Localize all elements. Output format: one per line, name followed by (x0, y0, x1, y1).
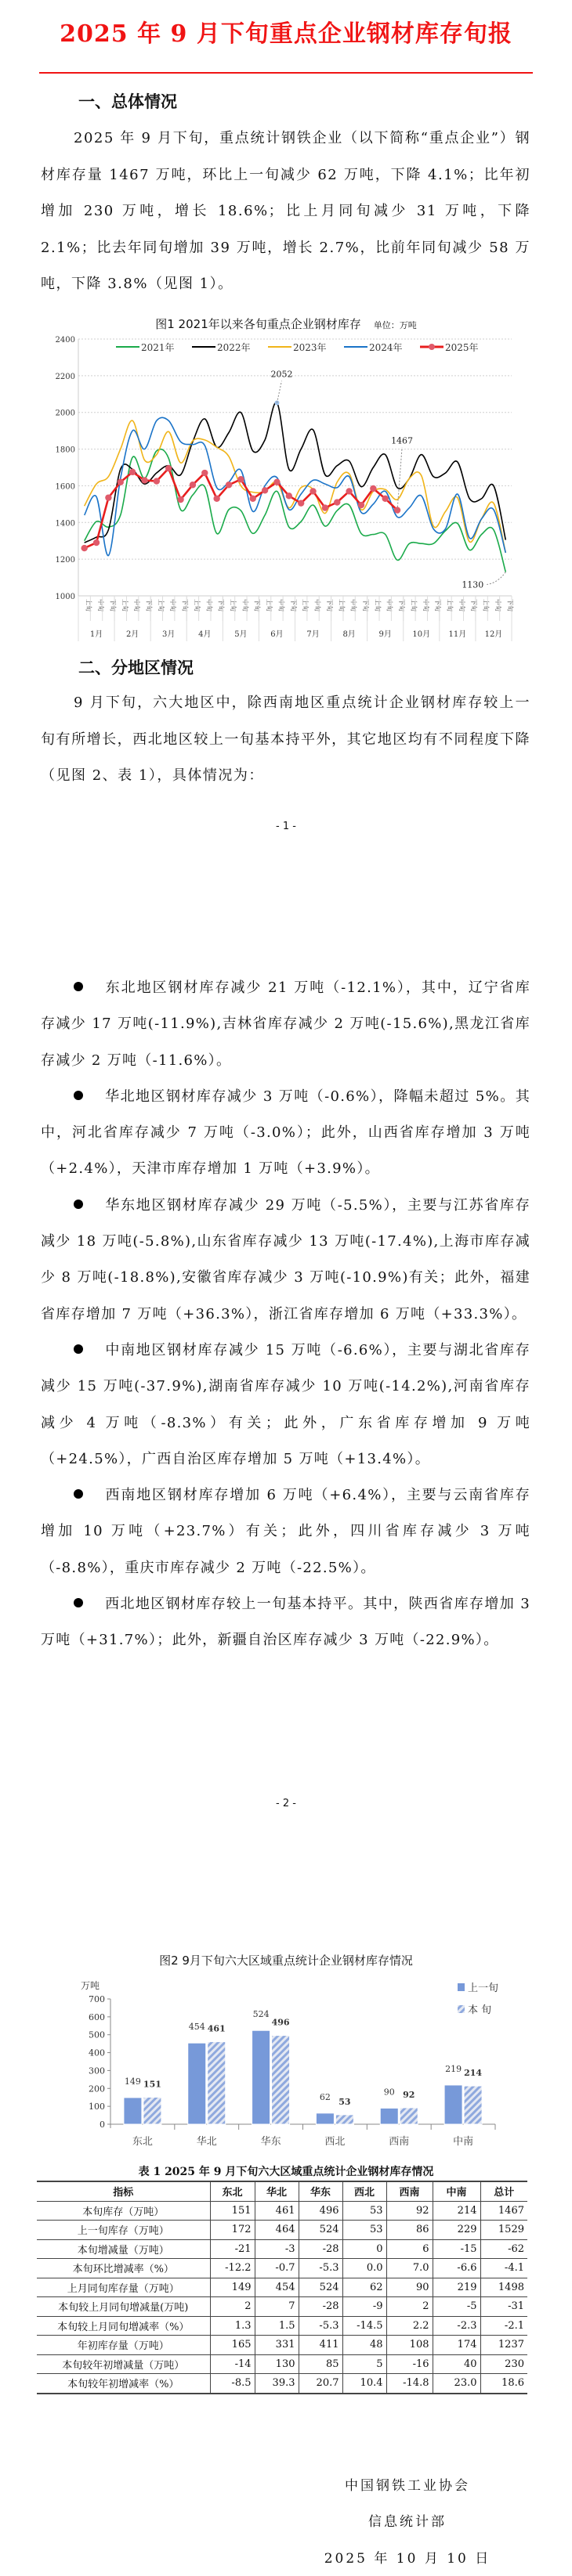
table-cell: 40 (433, 2354, 480, 2374)
page-number-1: - 1 - (0, 821, 572, 832)
table-cell: 214 (433, 2201, 480, 2221)
svg-text:下旬: 下旬 (145, 599, 153, 612)
section1-paragraph: 2025 年 9 月下旬，重点统计钢铁企业（以下简称“重点企业”）钢材库存量 1… (41, 121, 530, 303)
svg-text:下旬: 下旬 (470, 599, 478, 612)
bullet-dot-icon (74, 1200, 83, 1209)
table-cell: -12.2 (210, 2259, 255, 2278)
figure2-bar-chart: 万吨0100200300400500600700东北149151华北454461… (0, 1973, 572, 2161)
table-cell: 7 (255, 2297, 299, 2317)
svg-text:下旬: 下旬 (182, 599, 190, 612)
svg-text:151: 151 (143, 2079, 161, 2089)
table-cell: 18.6 (480, 2374, 527, 2394)
bullet-northeast: 东北地区钢材库存减少 21 万吨（-12.1%），其中，辽宁省库存减少 17 万… (41, 970, 530, 1079)
svg-text:10月: 10月 (412, 630, 430, 639)
svg-text:中旬: 中旬 (277, 599, 285, 612)
svg-text:万吨: 万吨 (81, 1979, 100, 1991)
table-row: 本旬较年初增减量（万吨）-14130855-1640230 (37, 2354, 527, 2374)
column-header-indicator: 指标 (37, 2181, 210, 2201)
svg-text:下旬: 下旬 (506, 599, 514, 612)
svg-text:2025年: 2025年 (445, 341, 479, 353)
svg-text:62: 62 (320, 2092, 331, 2102)
footer-org: 中国钢铁工业协会 (298, 2474, 517, 2494)
table-row: 本旬较年初增减率（%）-8.539.320.710.4-14.823.018.6 (37, 2374, 527, 2394)
table-cell: -0.7 (255, 2259, 299, 2278)
svg-text:1130: 1130 (462, 580, 483, 590)
svg-text:西北: 西北 (324, 2136, 345, 2148)
figure1-line-chart: 10001200140016001800200022002400上旬中旬下旬上旬… (0, 333, 572, 646)
table-cell: -21 (210, 2239, 255, 2259)
svg-text:中旬: 中旬 (205, 599, 213, 612)
svg-text:华北: 华北 (197, 2135, 217, 2148)
svg-text:2021年: 2021年 (141, 341, 175, 353)
row-label: 本旬较年初增减量（万吨） (37, 2354, 210, 2374)
svg-text:本 旬: 本 旬 (468, 2004, 491, 2016)
table-cell: 1237 (480, 2336, 527, 2355)
table-header-row: 指标东北华北华东西北西南中南总计 (37, 2181, 527, 2201)
bullet-dot-icon (74, 1091, 83, 1100)
table-cell: -14.8 (386, 2374, 433, 2394)
table-cell: 2 (386, 2297, 433, 2317)
svg-text:300: 300 (89, 2065, 105, 2076)
svg-text:496: 496 (272, 2018, 290, 2028)
svg-text:53: 53 (338, 2097, 350, 2107)
svg-text:上旬: 上旬 (85, 599, 93, 612)
table-row: 本旬较上月同旬增减量(万吨)27-28-92-5-31 (37, 2297, 527, 2317)
figure1-unit: 单位：万吨 (374, 320, 417, 330)
table-cell: -14 (210, 2354, 255, 2374)
svg-text:700: 700 (89, 1994, 105, 2004)
table-cell: 39.3 (255, 2374, 299, 2394)
svg-text:1800: 1800 (56, 446, 75, 455)
table-cell: -31 (480, 2297, 527, 2317)
svg-text:中旬: 中旬 (241, 599, 249, 612)
svg-text:1200: 1200 (56, 556, 75, 565)
section2-text: 9 月下旬，六大地区中，除西南地区重点统计企业钢材库存较上一旬有所增长，西北地区… (41, 685, 530, 795)
footer-dept: 信息统计部 (298, 2510, 517, 2530)
figure1-title: 图1 2021年以来各旬重点企业钢材库存单位：万吨 (0, 316, 572, 332)
svg-text:219: 219 (445, 2064, 462, 2074)
svg-text:下旬: 下旬 (362, 599, 370, 612)
table-cell: 23.0 (433, 2374, 480, 2394)
table-cell: 464 (255, 2221, 299, 2240)
bullet-dot-icon (74, 1489, 83, 1499)
svg-text:下旬: 下旬 (290, 599, 298, 612)
svg-text:上旬: 上旬 (483, 599, 491, 612)
table-cell: -8.5 (210, 2374, 255, 2394)
svg-text:上旬: 上旬 (302, 599, 310, 612)
svg-text:中旬: 中旬 (386, 599, 394, 612)
table-row: 本旬较上月同旬增减率（%）1.31.5-5.3-14.52.2-2.3-2.1 (37, 2316, 527, 2336)
svg-text:下旬: 下旬 (434, 599, 442, 612)
table-cell: 62 (342, 2278, 386, 2297)
svg-text:上旬: 上旬 (194, 599, 201, 612)
svg-text:中旬: 中旬 (494, 599, 502, 612)
svg-text:11月: 11月 (449, 630, 467, 639)
svg-text:华东: 华东 (261, 2135, 281, 2148)
svg-text:4月: 4月 (198, 630, 211, 639)
table-row: 年初库存量（万吨）165331411481081741237 (37, 2336, 527, 2355)
bullet-east: 华东地区钢材库存减少 29 万吨（-5.5%），主要与江苏省库存减少 18 万吨… (41, 1188, 530, 1333)
table-cell: 461 (255, 2201, 299, 2221)
table-cell: 130 (255, 2354, 299, 2374)
table-cell: -15 (433, 2239, 480, 2259)
table-cell: 90 (386, 2278, 433, 2297)
svg-text:92: 92 (403, 2090, 415, 2100)
table-cell: 524 (299, 2278, 342, 2297)
svg-text:1月: 1月 (90, 630, 103, 639)
svg-text:东北: 东北 (132, 2136, 153, 2148)
table-cell: 524 (299, 2221, 342, 2240)
svg-text:下旬: 下旬 (326, 599, 334, 612)
region-bullet-list: 东北地区钢材库存减少 21 万吨（-12.1%），其中，辽宁省库存减少 17 万… (41, 970, 530, 1659)
svg-text:1600: 1600 (56, 482, 75, 491)
table-cell: 229 (433, 2221, 480, 2240)
svg-text:下旬: 下旬 (398, 599, 406, 612)
svg-text:上旬: 上旬 (447, 599, 454, 612)
svg-text:200: 200 (89, 2084, 105, 2094)
table-cell: 1.3 (210, 2316, 255, 2336)
svg-text:214: 214 (464, 2068, 482, 2078)
table-cell: 174 (433, 2336, 480, 2355)
table-cell: 411 (299, 2336, 342, 2355)
svg-text:上旬: 上旬 (410, 599, 418, 612)
table-row: 上月同旬库存量（万吨）14945452462902191498 (37, 2278, 527, 2297)
svg-text:上旬: 上旬 (374, 599, 382, 612)
row-label: 本旬环比增减率（%） (37, 2259, 210, 2278)
table-cell: -9 (342, 2297, 386, 2317)
svg-text:2200: 2200 (56, 373, 75, 381)
table-cell: -28 (299, 2239, 342, 2259)
table-cell: -28 (299, 2297, 342, 2317)
section2-paragraph: 9 月下旬，六大地区中，除西南地区重点统计企业钢材库存较上一旬有所增长，西北地区… (41, 685, 530, 795)
svg-text:2023年: 2023年 (293, 341, 327, 353)
svg-text:中旬: 中旬 (133, 599, 141, 612)
table-cell: 2 (210, 2297, 255, 2317)
column-header-region: 华东 (299, 2181, 342, 2201)
table-cell: -2.3 (433, 2316, 480, 2336)
svg-text:2月: 2月 (126, 630, 139, 639)
table-cell: -3 (255, 2239, 299, 2259)
bullet-northwest: 西北地区钢材库存较上一旬基本持平。其中，陕西省库存增加 3 万吨（+31.7%）… (41, 1586, 530, 1659)
svg-text:中旬: 中旬 (458, 599, 466, 612)
bullet-dot-icon (74, 1344, 83, 1354)
svg-text:2400: 2400 (56, 336, 75, 345)
svg-text:90: 90 (384, 2087, 395, 2097)
svg-text:上旬: 上旬 (121, 599, 129, 612)
svg-text:西南: 西南 (389, 2135, 409, 2148)
svg-text:上旬: 上旬 (230, 599, 237, 612)
row-label: 本旬较年初增减率（%） (37, 2374, 210, 2394)
column-header-region: 西北 (342, 2181, 386, 2201)
table-cell: 108 (386, 2336, 433, 2355)
table-cell: -16 (386, 2354, 433, 2374)
table-cell: 85 (299, 2354, 342, 2374)
svg-text:6月: 6月 (270, 630, 283, 639)
table-cell: -5.3 (299, 2316, 342, 2336)
svg-text:8月: 8月 (342, 630, 355, 639)
table-row: 上一旬库存（万吨）17246452453862291529 (37, 2221, 527, 2240)
svg-text:上旬: 上旬 (338, 599, 346, 612)
svg-text:中旬: 中旬 (350, 599, 358, 612)
table-cell: 7.0 (386, 2259, 433, 2278)
svg-text:500: 500 (89, 2030, 105, 2040)
section1-text: 2025 年 9 月下旬，重点统计钢铁企业（以下简称“重点企业”）钢材库存量 1… (41, 121, 530, 303)
svg-text:454: 454 (189, 2022, 205, 2032)
section1-heading: 一、总体情况 (78, 89, 177, 113)
row-label: 本旬较上月同旬增减量(万吨) (37, 2297, 210, 2317)
column-header-region: 东北 (210, 2181, 255, 2201)
column-header-region: 华北 (255, 2181, 299, 2201)
bullet-dot-icon (74, 1598, 83, 1607)
row-label: 本旬增减量（万吨） (37, 2239, 210, 2259)
svg-text:上一旬: 上一旬 (468, 1983, 498, 1994)
table-row: 本旬环比增减率（%）-12.2-0.7-5.30.07.0-6.6-4.1 (37, 2259, 527, 2278)
svg-text:下旬: 下旬 (109, 599, 117, 612)
svg-text:100: 100 (89, 2102, 105, 2112)
table-cell: -5.3 (299, 2259, 342, 2278)
svg-text:下旬: 下旬 (254, 599, 262, 612)
svg-text:2052: 2052 (270, 370, 292, 380)
table-cell: 2.2 (386, 2316, 433, 2336)
table-cell: 1529 (480, 2221, 527, 2240)
table1-regional-inventory: 指标东北华北华东西北西南中南总计 本旬库存（万吨）151461496539221… (37, 2181, 527, 2394)
svg-text:上旬: 上旬 (266, 599, 273, 612)
table-cell: 20.7 (299, 2374, 342, 2394)
bullet-southwest: 西南地区钢材库存增加 6 万吨（+6.4%），主要与云南省库存增加 10 万吨（… (41, 1477, 530, 1586)
svg-text:2022年: 2022年 (217, 341, 251, 353)
figure1-title-text: 图1 2021年以来各旬重点企业钢材库存 (155, 317, 361, 331)
table-cell: 1467 (480, 2201, 527, 2221)
svg-text:中旬: 中旬 (422, 599, 430, 612)
svg-text:上旬: 上旬 (157, 599, 165, 612)
bullet-central-south: 中南地区钢材库存减少 15 万吨（-6.6%），主要与湖北省库存减少 15 万吨… (41, 1333, 530, 1477)
svg-text:461: 461 (208, 2024, 226, 2034)
svg-text:400: 400 (89, 2048, 105, 2058)
svg-text:7月: 7月 (306, 630, 319, 639)
table-row: 本旬增减量（万吨）-21-3-2806-15-62 (37, 2239, 527, 2259)
column-header-region: 西南 (386, 2181, 433, 2201)
svg-text:中旬: 中旬 (97, 599, 105, 612)
svg-text:2024年: 2024年 (369, 341, 403, 353)
table-cell: 149 (210, 2278, 255, 2297)
svg-text:2000: 2000 (56, 409, 75, 418)
report-title: 2025 年 9 月下旬重点企业钢材库存旬报 (0, 14, 572, 49)
column-header-region: 中南 (433, 2181, 480, 2201)
table-cell: 0 (342, 2239, 386, 2259)
svg-text:1400: 1400 (56, 519, 75, 528)
table-cell: 53 (342, 2221, 386, 2240)
table-cell: 172 (210, 2221, 255, 2240)
svg-text:0: 0 (100, 2120, 105, 2130)
figure2-title: 图2 9月下旬六大区域重点统计企业钢材库存情况 (0, 1952, 572, 1968)
row-label: 年初库存量（万吨） (37, 2336, 210, 2355)
table-cell: 10.4 (342, 2374, 386, 2394)
table-cell: 0.0 (342, 2259, 386, 2278)
svg-text:3月: 3月 (162, 630, 175, 639)
table-cell: 331 (255, 2336, 299, 2355)
svg-text:149: 149 (125, 2076, 141, 2087)
table-cell: 86 (386, 2221, 433, 2240)
table-cell: 230 (480, 2354, 527, 2374)
row-label: 本旬较上月同旬增减率（%） (37, 2316, 210, 2336)
table-cell: -4.1 (480, 2259, 527, 2278)
table-cell: -62 (480, 2239, 527, 2259)
svg-text:12月: 12月 (485, 630, 503, 639)
table-cell: 48 (342, 2336, 386, 2355)
svg-text:中旬: 中旬 (314, 599, 322, 612)
svg-text:中旬: 中旬 (169, 599, 177, 612)
table-cell: 1.5 (255, 2316, 299, 2336)
table-cell: -2.1 (480, 2316, 527, 2336)
bullet-north: 华北地区钢材库存减少 3 万吨（-0.6%），降幅未超过 5%。其中，河北省库存… (41, 1079, 530, 1188)
svg-text:中南: 中南 (453, 2135, 473, 2148)
table-cell: 1498 (480, 2278, 527, 2297)
svg-text:9月: 9月 (379, 630, 392, 639)
table-cell: 92 (386, 2201, 433, 2221)
table-cell: 496 (299, 2201, 342, 2221)
svg-text:524: 524 (253, 2009, 270, 2019)
svg-text:1000: 1000 (56, 593, 75, 601)
bullet-dot-icon (74, 982, 83, 991)
row-label: 上月同旬库存量（万吨） (37, 2278, 210, 2297)
title-divider (39, 72, 533, 74)
table-cell: -14.5 (342, 2316, 386, 2336)
table-cell: 219 (433, 2278, 480, 2297)
footer-date: 2025 年 10 月 10 日 (298, 2547, 517, 2567)
svg-text:下旬: 下旬 (218, 599, 226, 612)
row-label: 上一旬库存（万吨） (37, 2221, 210, 2240)
svg-text:600: 600 (89, 2012, 105, 2022)
column-header-region: 总计 (480, 2181, 527, 2201)
table-cell: 151 (210, 2201, 255, 2221)
table-cell: 6 (386, 2239, 433, 2259)
table-cell: -6.6 (433, 2259, 480, 2278)
svg-text:1467: 1467 (391, 436, 413, 446)
table-row: 本旬库存（万吨）15146149653922141467 (37, 2201, 527, 2221)
table-cell: 5 (342, 2354, 386, 2374)
svg-text:5月: 5月 (234, 630, 247, 639)
table-cell: 53 (342, 2201, 386, 2221)
table-cell: 165 (210, 2336, 255, 2355)
section2-heading: 二、分地区情况 (78, 655, 194, 679)
page-number-2: - 2 - (0, 1798, 572, 1809)
table-cell: -5 (433, 2297, 480, 2317)
table1-title: 表 1 2025 年 9 月下旬六大区域重点统计企业钢材库存情况 (0, 2163, 572, 2179)
table-cell: 454 (255, 2278, 299, 2297)
row-label: 本旬库存（万吨） (37, 2201, 210, 2221)
